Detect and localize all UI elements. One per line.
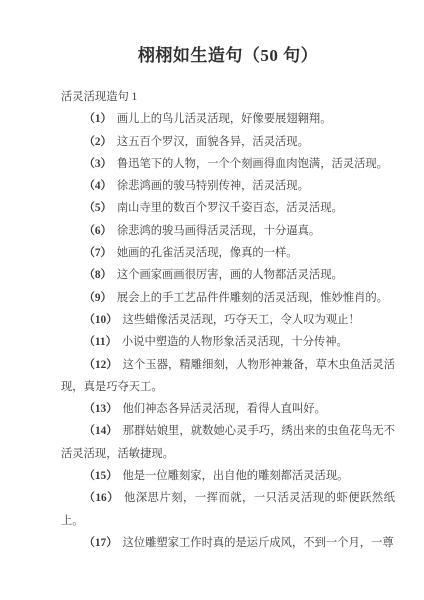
sentence-item: （9）展会上的手工艺品件件雕刻的活灵活现，惟妙惟肖的。 (61, 287, 395, 309)
sentence-item: （11）小说中塑造的人物形象活灵活现，十分传神。 (61, 331, 395, 353)
sentence-text: 他是一位雕刻家，出自他的雕刻都活灵活现。 (123, 470, 349, 482)
sentence-number: （13） (84, 403, 118, 415)
sentence-number: （16） (84, 492, 119, 504)
sentence-item: （7）她画的孔雀活灵活现，像真的一样。 (61, 242, 395, 264)
sentence-item: （8）这个画家画画很厉害，画的人物都活灵活现。 (61, 264, 395, 286)
sentence-number: （7） (84, 247, 112, 259)
sentence-item: （5）南山寺里的数百个罗汉千姿百态，活灵活现。 (61, 197, 395, 219)
sentence-text: 展会上的手工艺品件件雕刻的活灵活现，惟妙惟肖的。 (117, 292, 388, 304)
sentence-text: 鲁迅笔下的人物，一个个刻画得血肉饱满，活灵活现。 (117, 158, 388, 170)
sentence-number: （3） (84, 158, 112, 170)
sentence-text: 这个画家画画很厉害，画的人物都活灵活现。 (117, 269, 343, 281)
sentence-text: 这五百个罗汉，面貌各异，活灵活现。 (117, 136, 309, 148)
sentence-number: （11） (84, 336, 117, 348)
sentence-number: （4） (84, 180, 112, 192)
sentence-number: （2） (84, 136, 112, 148)
sentence-number: （6） (84, 225, 112, 237)
document-body: 活灵活现造句 1 （1）画儿上的鸟儿活灵活现，好像要展翅翱翔。（2）这五百个罗汉… (61, 86, 395, 554)
sentence-item: （4）徐悲鸿画的骏马特别传神，活灵活现。 (61, 175, 395, 197)
document-page: 栩栩如生造句（50 句） 活灵活现造句 1 （1）画儿上的鸟儿活灵活现，好像要展… (0, 0, 424, 600)
sentence-item: （17）这位雕塑家工作时真的是运斤成风，不到一个月，一尊 (61, 532, 395, 554)
sentence-text: 这些蜡像活灵活现，巧夺天工，令人叹为观止！ (123, 314, 360, 326)
sentence-number: （15） (84, 470, 118, 482)
sentence-item: （16）他深思片刻，一挥而就，一只活灵活现的虾便跃然纸上。 (61, 487, 395, 532)
sentence-list: （1）画儿上的鸟儿活灵活现，好像要展翅翱翔。（2）这五百个罗汉，面貌各异，活灵活… (61, 108, 395, 554)
sentence-item: （15）他是一位雕刻家，出自他的雕刻都活灵活现。 (61, 465, 395, 487)
sentence-text: 他们神态各异活灵活现，看得人直叫好。 (123, 403, 326, 415)
sentence-text: 徐悲鸿画的骏马特别传神，活灵活现。 (117, 180, 309, 192)
sentence-item: （10）这些蜡像活灵活现，巧夺天工，令人叹为观止！ (61, 309, 395, 331)
sentence-text: 这位雕塑家工作时真的是运斤成风，不到一个月，一尊 (123, 537, 394, 549)
sentence-number: （5） (84, 202, 112, 214)
sentence-item: （2）这五百个罗汉，面貌各异，活灵活现。 (61, 131, 395, 153)
sentence-item: （6）徐悲鸿的骏马画得活灵活现，十分逼真。 (61, 220, 395, 242)
sentence-item: （12）这个玉器，精雕细刻，人物形神兼备，草木虫鱼活灵活现，真是巧夺天工。 (61, 354, 395, 399)
sentence-text: 画儿上的鸟儿活灵活现，好像要展翅翱翔。 (117, 113, 332, 125)
document-title: 栩栩如生造句（50 句） (61, 44, 395, 68)
sentence-text: 小说中塑造的人物形象活灵活现，十分传神。 (122, 336, 348, 348)
sentence-number: （14） (84, 425, 118, 437)
sentence-text: 徐悲鸿的骏马画得活灵活现，十分逼真。 (117, 225, 320, 237)
sentence-item: （14）那群姑娘里，就数她心灵手巧，绣出来的虫鱼花鸟无不活灵活现，活敏捷现。 (61, 420, 395, 465)
sentence-number: （17） (84, 537, 118, 549)
sentence-number: （9） (84, 292, 112, 304)
section-heading: 活灵活现造句 1 (61, 86, 395, 108)
sentence-item: （1）画儿上的鸟儿活灵活现，好像要展翅翱翔。 (61, 108, 395, 130)
sentence-text: 她画的孔雀活灵活现，像真的一样。 (117, 247, 298, 259)
sentence-item: （3）鲁迅笔下的人物，一个个刻画得血肉饱满，活灵活现。 (61, 153, 395, 175)
sentence-number: （8） (84, 269, 112, 281)
sentence-item: （13）他们神态各异活灵活现，看得人直叫好。 (61, 398, 395, 420)
sentence-number: （12） (84, 359, 118, 371)
sentence-text: 南山寺里的数百个罗汉千姿百态，活灵活现。 (117, 202, 343, 214)
sentence-number: （10） (84, 314, 118, 326)
sentence-number: （1） (84, 113, 112, 125)
